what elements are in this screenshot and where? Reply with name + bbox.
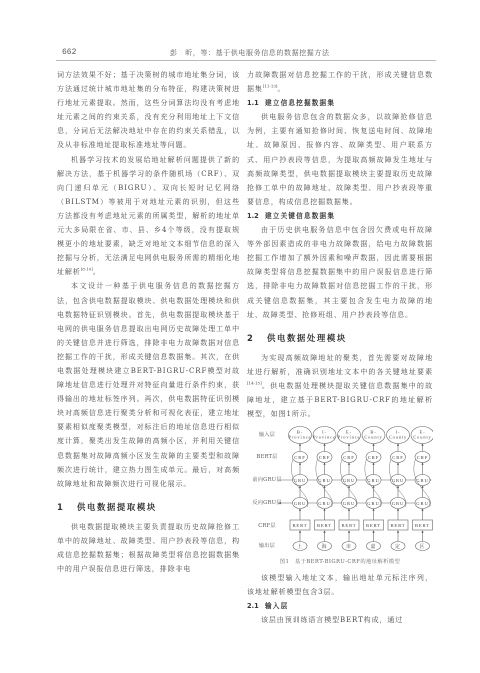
svg-text:定: 定 bbox=[395, 543, 401, 550]
svg-text:GRU: GRU bbox=[367, 501, 379, 506]
svg-text:BERT: BERT bbox=[366, 523, 381, 528]
model-column: I-ProvinceCRFGRUGRUBERT海 bbox=[313, 427, 336, 551]
section-title: 建立关键信息数据集 bbox=[265, 212, 335, 220]
svg-text:Province: Province bbox=[338, 435, 361, 440]
right-column: 力故障数据对信息挖掘工作的干扰，形成关键信息数据集[11-13]。 1.1建立信… bbox=[247, 68, 433, 628]
section-heading-2-1: 2.1输入层 bbox=[247, 599, 433, 613]
svg-text:BERT: BERT bbox=[341, 523, 356, 528]
section-title: 输入层 bbox=[265, 602, 288, 610]
svg-text:CRF: CRF bbox=[417, 455, 428, 460]
svg-text:GRU: GRU bbox=[392, 501, 404, 506]
section-number: 2.1 bbox=[247, 599, 265, 613]
figure-caption: 图1 基于BERT-BIGRU-CRF的地址解析模型 bbox=[247, 557, 433, 567]
model-column: E-CountyCRFGRUGRUBERT区 bbox=[411, 427, 433, 551]
svg-text:GRU: GRU bbox=[416, 478, 428, 483]
paragraph: 该层由预训练语言模型BERT构成，通过 bbox=[247, 613, 433, 627]
section-number: 1.1 bbox=[247, 96, 265, 110]
citation: [11-13] bbox=[263, 84, 278, 89]
section-heading-1-2: 1.2建立关键信息数据集 bbox=[247, 209, 433, 223]
paragraph-text: 为实现高频故障地址的聚类，首先需要对故障地址进行解析，准确识别地址文本中的各关键… bbox=[247, 354, 433, 376]
svg-text:BERT: BERT bbox=[415, 523, 430, 528]
svg-text:嘉: 嘉 bbox=[371, 543, 377, 550]
paragraph-text: 力故障数据对信息挖掘工作的干扰，形成关键信息数据集 bbox=[247, 71, 433, 93]
model-column: B-ProvinceCRFGRUGRUBERT上 bbox=[289, 427, 312, 551]
layer-label-crf: CRF层 bbox=[247, 522, 287, 530]
svg-text:CRF: CRF bbox=[294, 455, 305, 460]
section-number: 1.2 bbox=[247, 209, 265, 223]
section-heading-2: 2供电数据处理模块 bbox=[247, 331, 433, 345]
svg-text:CRF: CRF bbox=[343, 455, 354, 460]
section-heading-1-1: 1.1建立信息挖掘数据集 bbox=[247, 96, 433, 110]
svg-text:GRU: GRU bbox=[343, 501, 355, 506]
svg-text:GRU: GRU bbox=[294, 478, 306, 483]
paragraph-text: 机器学习技术的发展给地址解析问题提供了新的解决方法，基于机器学习的条件随机场（C… bbox=[57, 156, 240, 277]
svg-text:GRU: GRU bbox=[318, 478, 330, 483]
layer-label-output: 输出层 bbox=[247, 542, 287, 550]
paragraph: 本文设计一种基于供电服务信息的数据挖掘方法，包含供电数据提取模块、供电数据处理模… bbox=[57, 279, 240, 490]
svg-text:CRF: CRF bbox=[392, 455, 403, 460]
svg-text:GRU: GRU bbox=[318, 501, 330, 506]
paragraph: 词方法效果不好；基于决策树的城市地址集分词，该方法通过统计城市地址集的分布特征，… bbox=[57, 68, 240, 153]
paragraph: 为实现高频故障地址的聚类，首先需要对故障地址进行解析，准确识别地址文本中的各关键… bbox=[247, 351, 433, 421]
figure-1-diagram: B-ProvinceCRFGRUGRUBERT上I-ProvinceCRFGRU… bbox=[247, 425, 433, 557]
citation: [8-10] bbox=[81, 267, 93, 272]
section-number: 1 bbox=[57, 500, 77, 514]
model-column: B-CountyCRFGRUGRUBERT嘉 bbox=[362, 427, 385, 551]
svg-text:CRF: CRF bbox=[368, 455, 379, 460]
model-architecture-svg: B-ProvinceCRFGRUGRUBERT上I-ProvinceCRFGRU… bbox=[247, 425, 433, 557]
running-title: 彭 昕，等：基于供电服务信息的数据挖掘方法 bbox=[170, 48, 330, 58]
layer-label-forward-gru: 前向GRU层 bbox=[247, 476, 287, 484]
svg-text:GRU: GRU bbox=[416, 501, 428, 506]
paragraph-end: 。 bbox=[93, 268, 101, 276]
svg-text:GRU: GRU bbox=[392, 478, 404, 483]
svg-text:市: 市 bbox=[346, 543, 352, 550]
svg-text:County: County bbox=[413, 435, 431, 440]
svg-text:BERT: BERT bbox=[390, 523, 405, 528]
paragraph: 力故障数据对信息挖掘工作的干扰，形成关键信息数据集[11-13]。 bbox=[247, 68, 433, 96]
paragraph-end: 。 bbox=[277, 85, 285, 93]
svg-text:GRU: GRU bbox=[367, 478, 379, 483]
model-column: I-CountyCRFGRUGRUBERT定 bbox=[387, 427, 410, 551]
svg-text:BERT: BERT bbox=[317, 523, 332, 528]
paragraph: 供电服务信息包含的数据众多，以故障抢修信息为例，主要有通知抢修时间、恢复送电时间… bbox=[247, 110, 433, 209]
section-title: 供电数据提取模块 bbox=[77, 502, 157, 512]
paragraph-text: 。供电数据处理模块提取关键信息数据集中的故障地址，建立基于BERT-BIGRU-… bbox=[247, 382, 433, 418]
svg-text:CRF: CRF bbox=[319, 455, 330, 460]
paragraph: 该模型输入地址文本，输出地址单元标注序列，该地址解析模型包含3层。 bbox=[247, 571, 433, 599]
section-title: 建立信息挖掘数据集 bbox=[265, 99, 335, 107]
svg-text:County: County bbox=[389, 435, 407, 440]
svg-text:区: 区 bbox=[420, 543, 426, 550]
section-heading-1: 1供电数据提取模块 bbox=[57, 500, 240, 514]
svg-text:海: 海 bbox=[322, 543, 328, 550]
section-title: 供电数据处理模块 bbox=[267, 333, 347, 343]
layer-label-input: 输入层 bbox=[247, 431, 287, 439]
layer-label-backward-gru: 反向GRU层 bbox=[247, 499, 287, 507]
section-number: 2 bbox=[247, 331, 267, 345]
svg-text:GRU: GRU bbox=[294, 501, 306, 506]
page-number: 662 bbox=[62, 48, 76, 57]
svg-text:Province: Province bbox=[313, 435, 336, 440]
model-column: E-ProvinceCRFGRUGRUBERT市 bbox=[338, 427, 361, 551]
paragraph: 供电数据提取模块主要负责提取历史故障抢修工单中的故障地址、故障类型、用户抄表段等… bbox=[57, 520, 240, 576]
svg-text:BERT: BERT bbox=[292, 523, 307, 528]
citation: [14-15] bbox=[247, 381, 262, 386]
header-divider bbox=[56, 60, 436, 61]
svg-text:County: County bbox=[364, 435, 382, 440]
left-column: 词方法效果不好；基于决策树的城市地址集分词，该方法通过统计城市地址集的分布特征，… bbox=[57, 68, 240, 576]
paragraph: 机器学习技术的发展给地址解析问题提供了新的解决方法，基于机器学习的条件随机场（C… bbox=[57, 153, 240, 280]
svg-text:上: 上 bbox=[297, 543, 303, 550]
layer-label-bert: BERT层 bbox=[247, 453, 287, 461]
paragraph: 由于历史供电服务信息中包含因欠费或电杆故障等外部因素造成的非电力故障数据，给电力… bbox=[247, 223, 433, 322]
svg-text:GRU: GRU bbox=[343, 478, 355, 483]
svg-text:Province: Province bbox=[289, 435, 312, 440]
